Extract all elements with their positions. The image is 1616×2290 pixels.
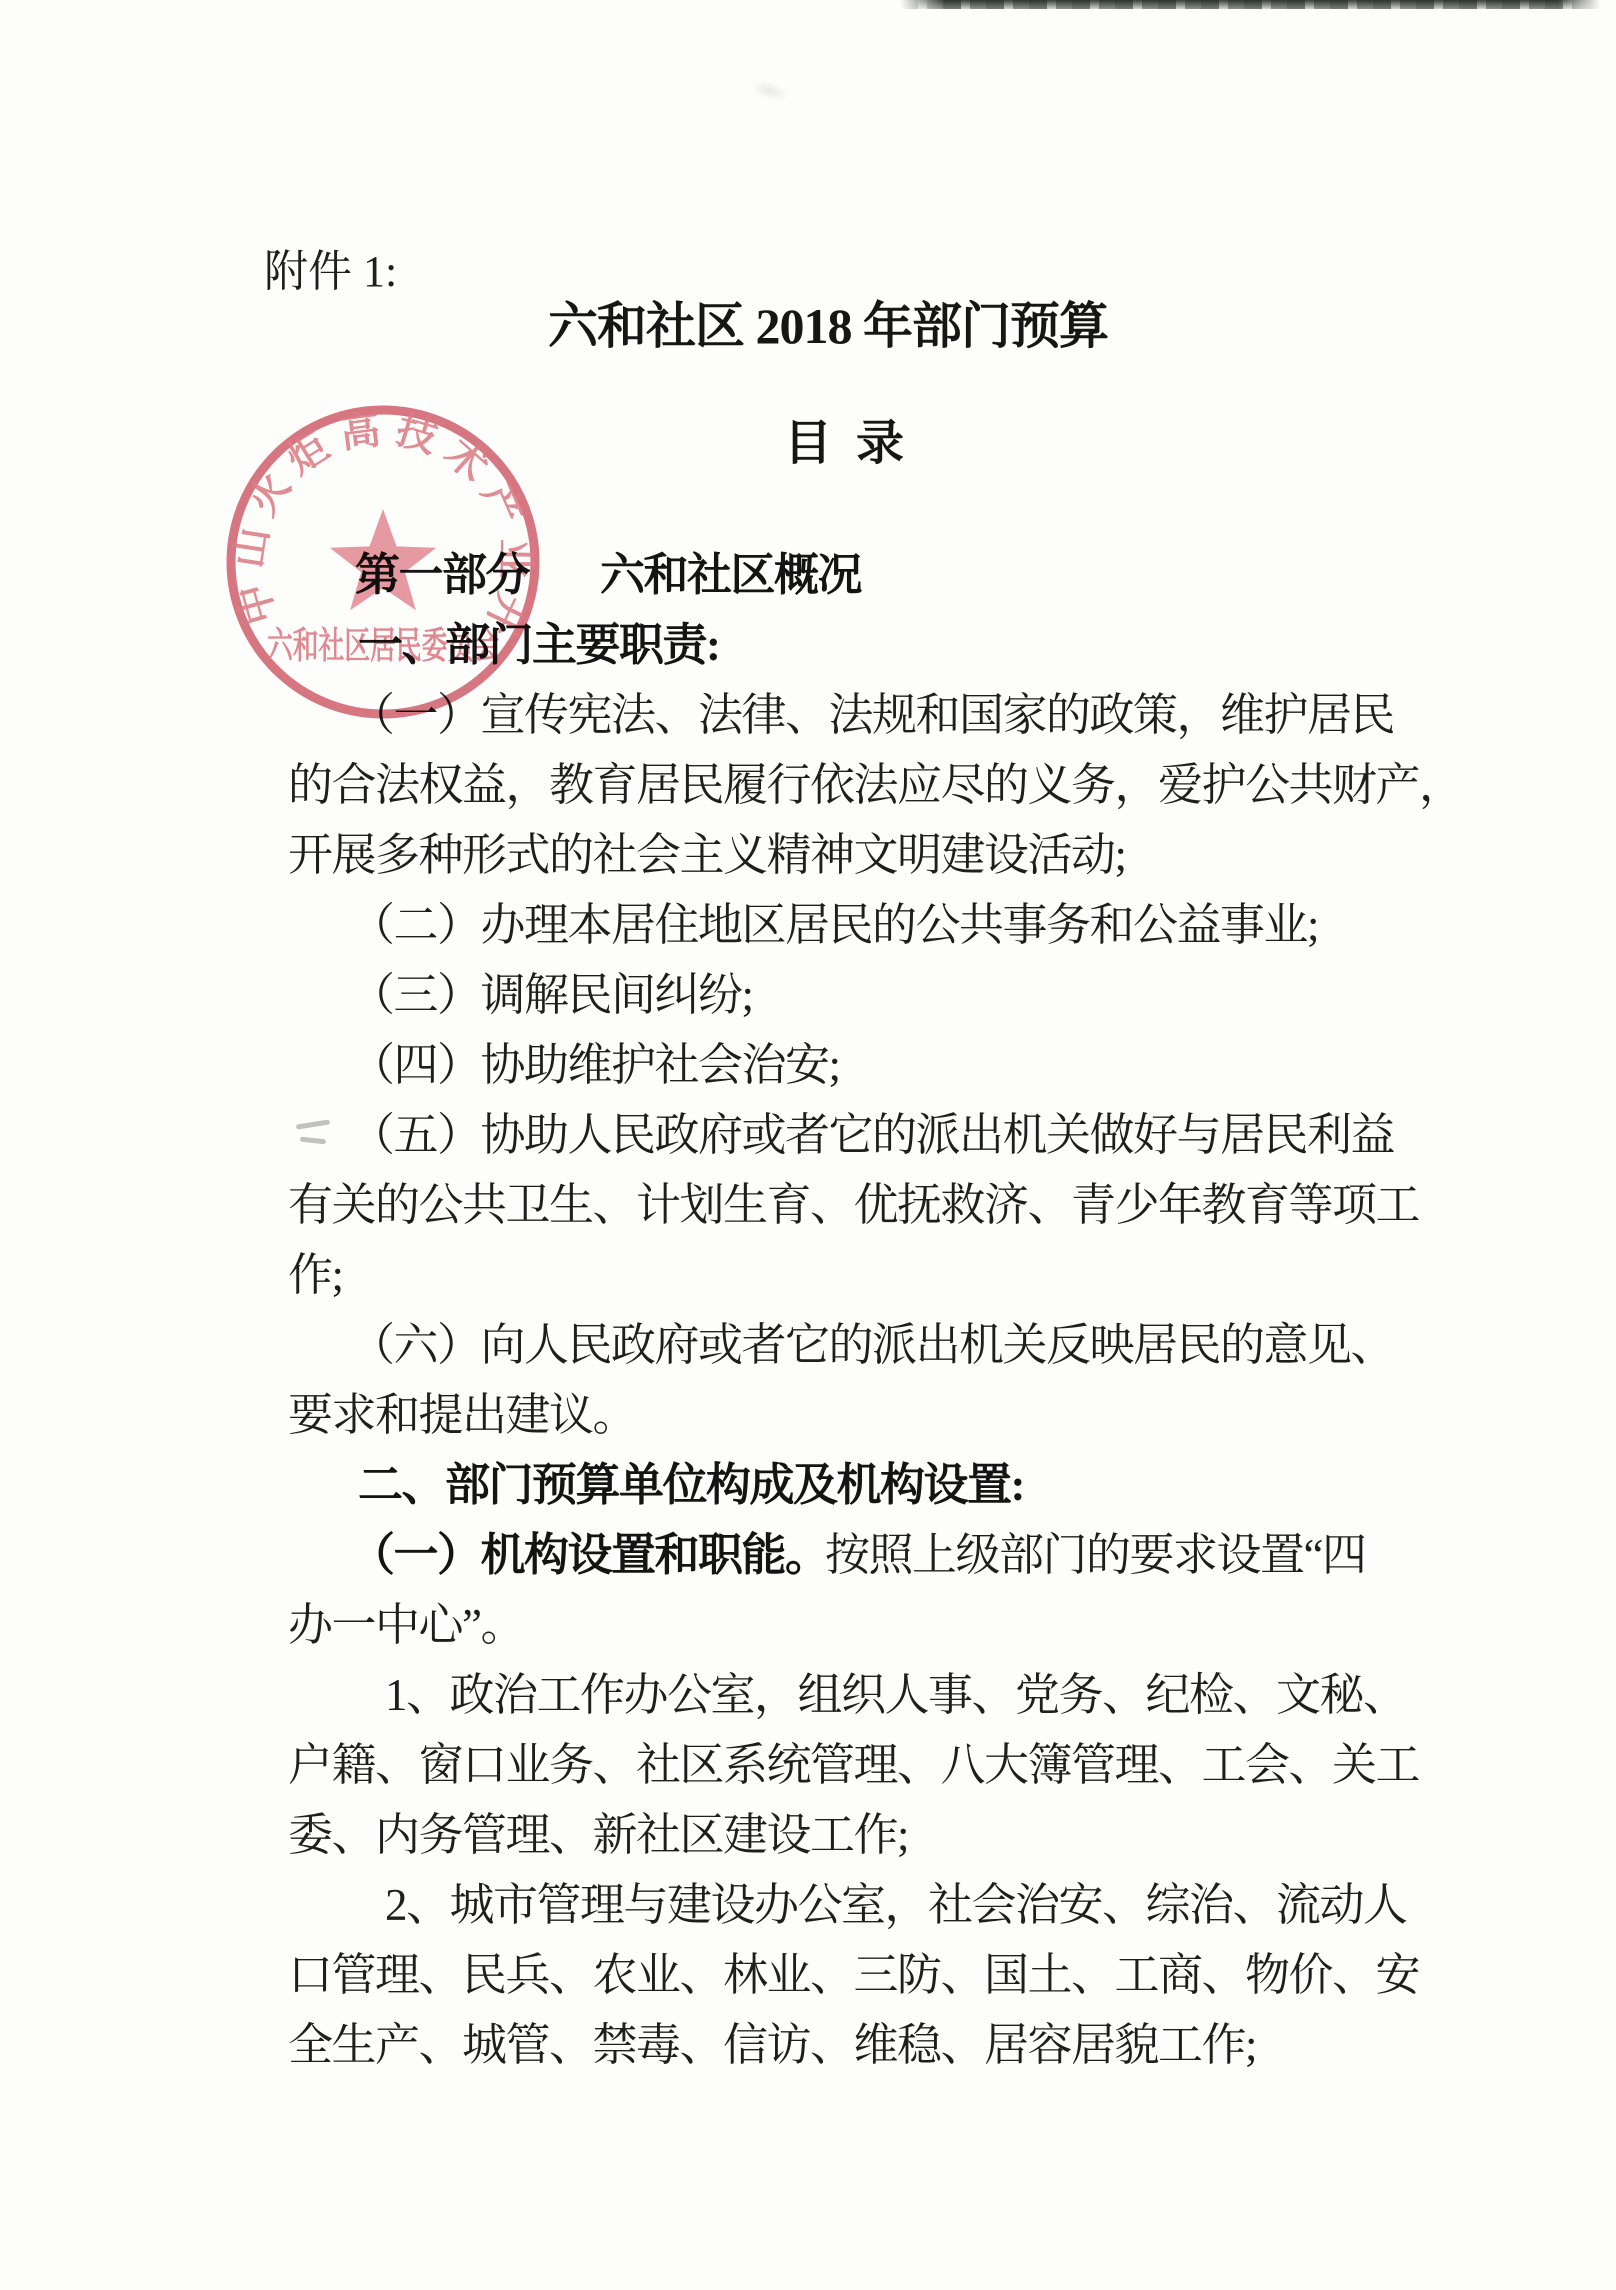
text-line: （四）协助维护社会治安; [350,1030,840,1100]
seal-bottom-text: 六和社区居民委员会 [267,625,499,667]
pencil-smudge [294,1118,340,1152]
text-line: 六和社区概况 [600,540,861,610]
text-line: （一）机构设置和职能。 [350,1520,829,1590]
document-body: 第一部分六和社区概况一、部门主要职责:（一）宣传宪法、法律、法规和国家的政策，维… [0,0,1616,2290]
text-line: （六）向人民政府或者它的派出机关反映居民的意见、 [350,1310,1394,1380]
text-line: 全生产、城管、禁毒、信访、维稳、居容居貌工作; [288,2010,1256,2080]
text-line: （五）协助人民政府或者它的派出机关做好与居民利益 [350,1100,1394,1170]
text-line: 有关的公共卫生、计划生育、优抚救济、青少年教育等项工 [288,1170,1419,1240]
seal-star-icon [330,509,437,610]
text-line: 2、城市管理与建设办公室，社会治安、综治、流动人 [385,1870,1407,1940]
text-line: 作; [288,1240,343,1310]
text-line: （三）调解民间纠纷; [350,960,753,1030]
text-line: 口管理、民兵、农业、林业、三防、国土、工商、物价、安 [288,1940,1419,2010]
seal-arc-text: 中山火炬高技术产业开发区 [203,380,538,652]
text-line: 的合法权益，教育居民履行依法应尽的义务，爱护公共财产， [288,750,1463,820]
text-line: 户籍、窗口业务、社区系统管理、八大簿管理、工会、关工 [288,1730,1419,1800]
text-line: 按照上级部门的要求设置“四 [825,1520,1365,1590]
scanned-document-page: 附件 1: 六和社区 2018 年部门预算 目 录 第一部分六和社区概况一、部门… [0,0,1616,2290]
official-seal: 中山火炬高技术产业开发区 六和社区居民委员会 [203,380,563,760]
text-line: 办一中心”。 [288,1590,524,1660]
text-line: 1、政治工作办公室，组织人事、党务、纪检、文秘、 [385,1660,1407,1730]
text-line: 二、部门预算单位构成及机构设置: [358,1450,1024,1520]
text-line: 开展多种形式的社会主义精神文明建设活动; [288,820,1126,890]
text-line: 委、内务管理、新社区建设工作; [288,1800,908,1870]
text-line: （二）办理本居住地区居民的公共事务和公益事业; [350,890,1318,960]
text-line: 要求和提出建议。 [288,1380,636,1450]
